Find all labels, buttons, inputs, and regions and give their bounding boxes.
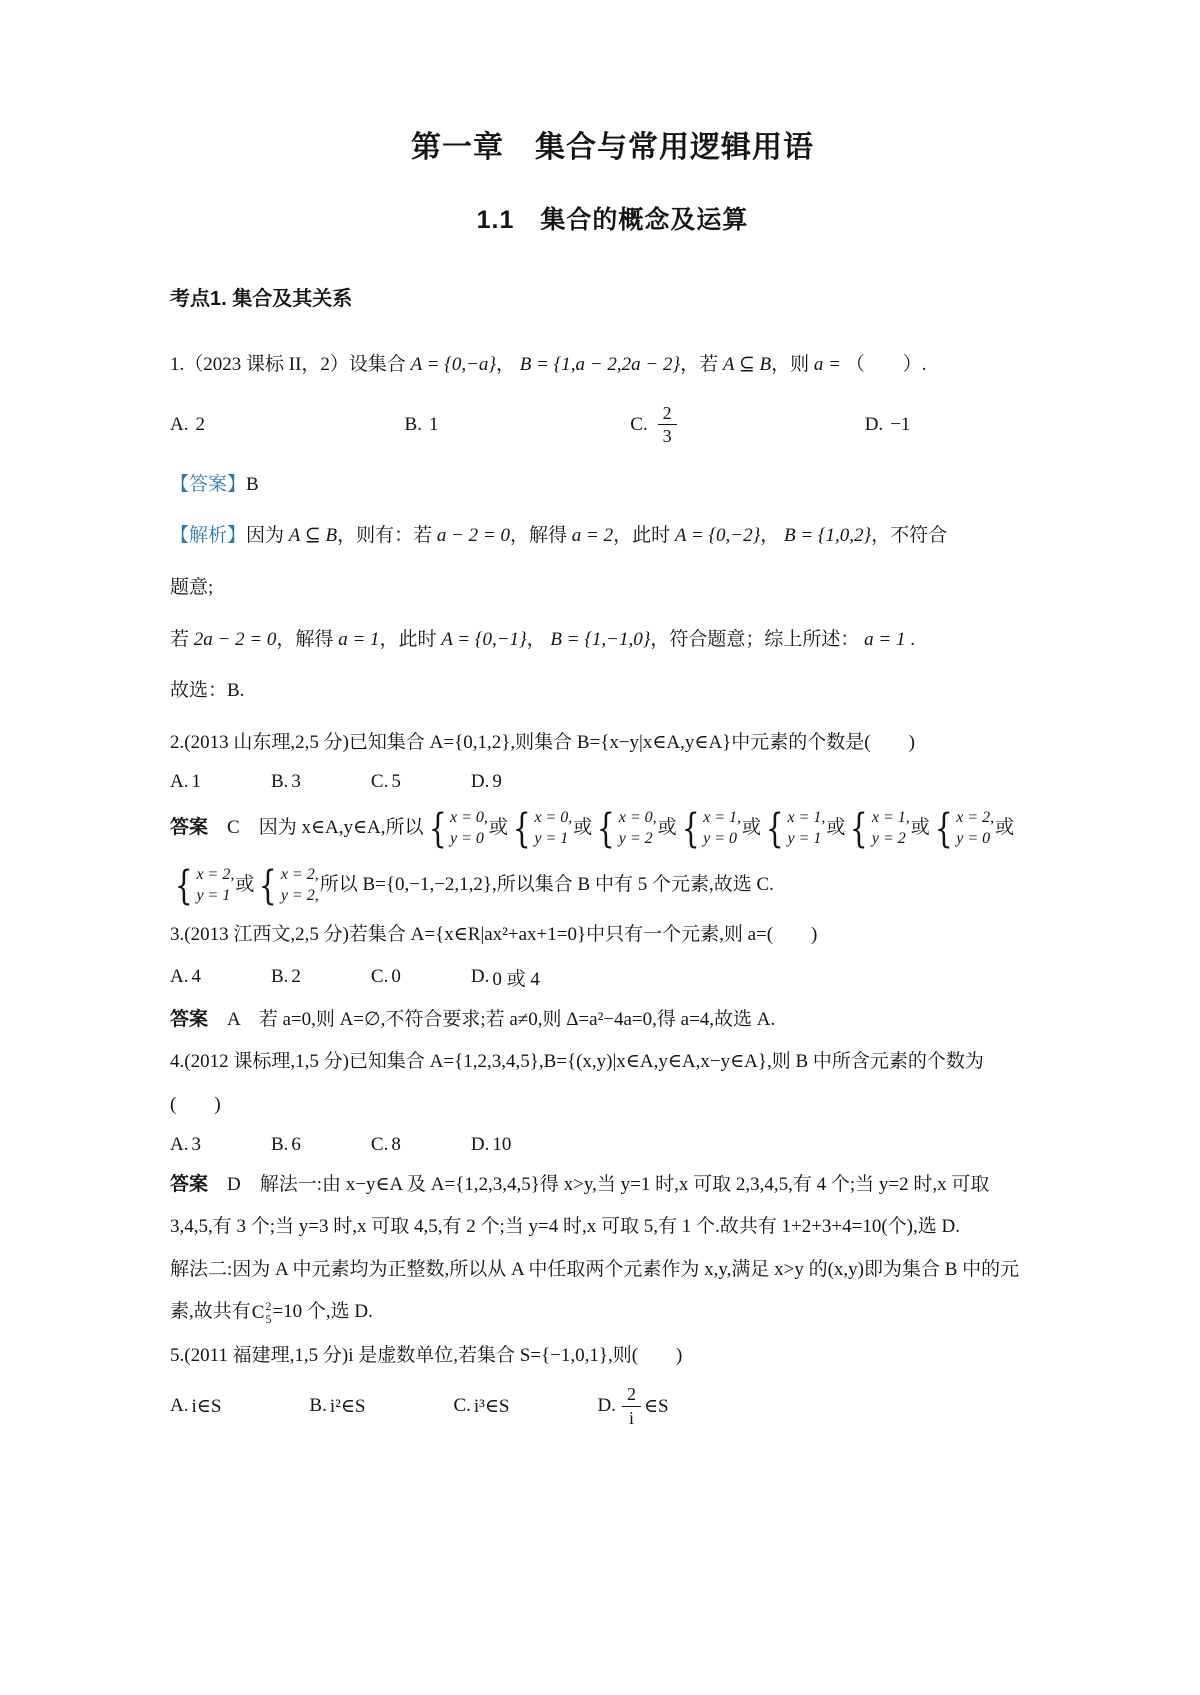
option-C: C.23 bbox=[630, 403, 865, 447]
system-rows: x = 2,y = 2, bbox=[281, 865, 319, 907]
text-run: ∈S bbox=[644, 1395, 669, 1418]
fraction: 23 bbox=[658, 403, 677, 447]
option-C: C.8 bbox=[371, 1134, 401, 1156]
math-run: A = {0,−1} bbox=[441, 629, 526, 650]
system-row: y = 1 bbox=[534, 829, 572, 850]
math-run: B = {1,0,2} bbox=[784, 525, 871, 546]
left-brace: { bbox=[428, 812, 446, 846]
combination-symbol: C25 bbox=[252, 1299, 272, 1327]
question-2-answer-line-1: 答案 C 因为 x∈A,y∈A,所以{x = 0,y = 0或{x = 0,y … bbox=[170, 808, 1055, 850]
option-label: B. bbox=[271, 1134, 288, 1156]
question-5-stem: 5.(2011 福建理,1,5 分)i 是虚数单位,若集合 S={−1,0,1}… bbox=[170, 1342, 1055, 1370]
option-label: A. bbox=[170, 771, 188, 793]
math-run: A ⊆ B bbox=[723, 354, 771, 375]
text-run: 故选：B. bbox=[170, 680, 244, 701]
chapter-title: 第一章 集合与常用逻辑用语 bbox=[170, 122, 1055, 166]
option-label: C. bbox=[371, 771, 388, 793]
answer-bracket-label: 【解析】 bbox=[170, 525, 246, 546]
option-A: A.4 bbox=[170, 966, 201, 988]
question-1-analysis-line-1: 【解析】因为 A ⊆ B，则有：若 a − 2 = 0，解得 a = 2，此时 … bbox=[170, 522, 1055, 550]
question-3-answer: 答案 A 若 a=0,则 A=∅,不符合要求;若 a≠0,则 Δ=a²−4a=0… bbox=[170, 1006, 1055, 1034]
system-row: x = 0, bbox=[450, 808, 488, 829]
system-row: y = 2 bbox=[872, 829, 910, 850]
left-brace: { bbox=[766, 812, 784, 846]
text-run: 2.(2013 山东理,2,5 分)已知集合 A={0,1,2},则集合 B={… bbox=[170, 732, 915, 753]
option-B: B.6 bbox=[271, 1134, 301, 1156]
text-run: 0 或 4 bbox=[492, 964, 540, 991]
text-run: 若 bbox=[170, 629, 194, 650]
text-run: 1.（2023 课标 II，2）设集合 bbox=[170, 354, 411, 375]
answer-keyword: 答案 bbox=[170, 1174, 208, 1195]
combination-scripts: 25 bbox=[265, 1300, 271, 1325]
option-B: B.1 bbox=[405, 414, 631, 436]
option-label: B. bbox=[271, 966, 288, 988]
equation-system: {x = 2,y = 0 bbox=[931, 808, 994, 850]
fraction-denominator: i bbox=[629, 1407, 634, 1429]
answer-bracket-label: 【答案】 bbox=[170, 474, 246, 495]
option-A: A.3 bbox=[170, 1134, 201, 1156]
option-D: D.0 或 4 bbox=[471, 964, 540, 991]
question-4-answer-line-4: 素,故共有C25=10 个,选 D. bbox=[170, 1298, 1055, 1326]
text-run: i²∈S bbox=[330, 1395, 366, 1418]
option-B: B.i²∈S bbox=[309, 1395, 365, 1418]
option-D: D.2i∈S bbox=[598, 1384, 669, 1428]
equation-system: {x = 0,y = 2 bbox=[593, 808, 656, 850]
equation-system: {x = 2,y = 1 bbox=[171, 865, 234, 907]
left-brace: { bbox=[597, 812, 615, 846]
question-1-analysis-line-3: 若 2a − 2 = 0，解得 a = 1，此时 A = {0,−1}， B =… bbox=[170, 626, 1055, 654]
option-A: A.2 bbox=[170, 414, 405, 436]
question-1-stem: 1.（2023 课标 II，2）设集合 A = {0,−a}， B = {1,a… bbox=[170, 351, 1055, 379]
option-D: D.10 bbox=[471, 1134, 511, 1156]
system-row: y = 1 bbox=[787, 829, 825, 850]
math-run: a − 2 = 0 bbox=[437, 525, 510, 546]
option-D: D.9 bbox=[471, 771, 502, 793]
question-4-answer-line-2: 3,4,5,有 3 个;当 y=3 时,x 可取 4,5,有 2 个;当 y=4… bbox=[170, 1213, 1055, 1241]
left-brace: { bbox=[175, 869, 193, 903]
system-row: x = 0, bbox=[619, 808, 657, 829]
math-run: B = {1,a − 2,2a − 2} bbox=[520, 354, 680, 375]
text-run: 或 bbox=[489, 817, 508, 838]
question-4-options: A.3B.6C.8D.10 bbox=[170, 1134, 1055, 1156]
option-C: C.0 bbox=[371, 966, 401, 988]
text-run: ，此时 bbox=[380, 629, 442, 650]
question-3-stem: 3.(2013 江西文,2,5 分)若集合 A={x∈R|ax²+ax+1=0}… bbox=[170, 921, 1055, 949]
text-run: 6 bbox=[291, 1134, 301, 1156]
equation-system: {x = 1,y = 0 bbox=[678, 808, 741, 850]
system-row: y = 0 bbox=[450, 829, 488, 850]
math-run: A = {0,−2} bbox=[675, 525, 760, 546]
text-run: 或 bbox=[826, 817, 845, 838]
option-label: D. bbox=[471, 966, 489, 988]
text-run: ( ) bbox=[170, 1094, 221, 1115]
worksheet-page: 第一章 集合与常用逻辑用语 1.1 集合的概念及运算 考点1. 集合及其关系 1… bbox=[0, 0, 1200, 1695]
option-label: C. bbox=[630, 414, 647, 436]
system-rows: x = 1,y = 2 bbox=[872, 808, 910, 850]
text-run: 10 bbox=[492, 1134, 511, 1156]
question-4-stem-continued: ( ) bbox=[170, 1091, 1055, 1119]
text-run: 3,4,5,有 3 个;当 y=3 时,x 可取 4,5,有 2 个;当 y=4… bbox=[170, 1216, 960, 1237]
question-3-options: A.4B.2C.0D.0 或 4 bbox=[170, 964, 1055, 991]
text-run: 3 bbox=[191, 1134, 201, 1156]
system-row: y = 0 bbox=[956, 829, 994, 850]
text-run: 因为 bbox=[246, 525, 289, 546]
math-run: 2a − 2 = 0 bbox=[194, 629, 277, 650]
text-run: 3 bbox=[291, 771, 301, 793]
question-4-answer-line-3: 解法二:因为 A 中元素均为正整数,所以从 A 中任取两个元素作为 x,y,满足… bbox=[170, 1256, 1055, 1284]
system-row: y = 1 bbox=[196, 886, 234, 907]
system-rows: x = 0,y = 2 bbox=[619, 808, 657, 850]
text-run: 1 bbox=[429, 414, 439, 436]
text-run: ，解得 bbox=[510, 525, 572, 546]
question-2-answer-line-2: {x = 2,y = 1或{x = 2,y = 2,所以 B={0,−1,−2,… bbox=[170, 865, 1055, 907]
math-run: B = {1,−1,0} bbox=[550, 629, 650, 650]
text-run: C 因为 x∈A,y∈A,所以 bbox=[208, 817, 424, 838]
combination-base: C bbox=[252, 1299, 265, 1327]
text-run: 2 bbox=[291, 966, 301, 988]
math-run: a = bbox=[814, 354, 841, 375]
text-run: 或 bbox=[235, 874, 254, 895]
equation-system: {x = 0,y = 1 bbox=[509, 808, 572, 850]
system-row: x = 1, bbox=[787, 808, 825, 829]
superscript: 2 bbox=[265, 1300, 271, 1313]
text-run: ，此时 bbox=[613, 525, 675, 546]
answer-keyword: 答案 bbox=[170, 1009, 208, 1030]
text-run: 2 bbox=[195, 414, 205, 436]
text-run: 5 bbox=[391, 771, 401, 793]
left-brace: { bbox=[513, 812, 531, 846]
option-B: B.2 bbox=[271, 966, 301, 988]
option-D: D.−1 bbox=[865, 414, 1055, 436]
text-run: 0 bbox=[391, 966, 401, 988]
text-run: B bbox=[246, 474, 259, 495]
system-row: y = 2 bbox=[619, 829, 657, 850]
text-run: 所以 B={0,−1,−2,1,2},所以集合 B 中有 5 个元素,故选 C. bbox=[320, 874, 774, 895]
option-label: B. bbox=[405, 414, 422, 436]
question-4-stem: 4.(2012 课标理,1,5 分)已知集合 A={1,2,3,4,5},B={… bbox=[170, 1048, 1055, 1076]
option-label: B. bbox=[309, 1395, 326, 1417]
text-run: ，则 bbox=[771, 354, 814, 375]
text-run: ， bbox=[760, 525, 784, 546]
question-1-options: A.2B.1C.23D.−1 bbox=[170, 403, 1055, 447]
text-run: ，则有：若 bbox=[337, 525, 437, 546]
text-run: 或 bbox=[658, 817, 677, 838]
text-run: 9 bbox=[492, 771, 502, 793]
equation-system: {x = 1,y = 1 bbox=[762, 808, 825, 850]
system-row: x = 2, bbox=[281, 865, 319, 886]
equation-system: {x = 1,y = 2 bbox=[846, 808, 909, 850]
text-run: ， bbox=[527, 629, 551, 650]
question-4-answer-line-1: 答案 D 解法一:由 x−y∈A 及 A={1,2,3,4,5}得 x>y,当 … bbox=[170, 1171, 1055, 1199]
option-A: A.i∈S bbox=[170, 1395, 221, 1418]
system-row: x = 0, bbox=[534, 808, 572, 829]
text-run: ， bbox=[496, 354, 520, 375]
text-run: ，若 bbox=[680, 354, 723, 375]
left-brace: { bbox=[681, 812, 699, 846]
option-label: A. bbox=[170, 1134, 188, 1156]
math-run: A ⊆ B bbox=[289, 525, 337, 546]
text-run: 或 bbox=[995, 817, 1014, 838]
system-rows: x = 0,y = 1 bbox=[534, 808, 572, 850]
math-run: a = 2 bbox=[572, 525, 613, 546]
fraction-numerator: 2 bbox=[622, 1384, 641, 1407]
system-rows: x = 2,y = 1 bbox=[196, 865, 234, 907]
text-run: 或 bbox=[742, 817, 761, 838]
equation-system: {x = 2,y = 2, bbox=[255, 865, 318, 907]
option-label: A. bbox=[170, 414, 188, 436]
text-run: D 解法一:由 x−y∈A 及 A={1,2,3,4,5}得 x>y,当 y=1… bbox=[208, 1174, 989, 1195]
system-row: x = 2, bbox=[196, 865, 234, 886]
system-row: x = 1, bbox=[703, 808, 741, 829]
answer-keyword: 答案 bbox=[170, 817, 208, 838]
question-2-stem: 2.(2013 山东理,2,5 分)已知集合 A={0,1,2},则集合 B={… bbox=[170, 729, 1055, 757]
fraction-numerator: 2 bbox=[658, 403, 677, 426]
option-label: C. bbox=[371, 966, 388, 988]
question-1-conclusion: 故选：B. bbox=[170, 677, 1055, 705]
system-rows: x = 1,y = 1 bbox=[787, 808, 825, 850]
option-A: A.1 bbox=[170, 771, 201, 793]
option-C: C.5 bbox=[371, 771, 401, 793]
option-label: D. bbox=[471, 771, 489, 793]
fraction-denominator: 3 bbox=[663, 425, 672, 447]
text-run: 4 bbox=[191, 966, 201, 988]
option-C: C.i³∈S bbox=[453, 1395, 509, 1418]
system-row: y = 2, bbox=[281, 886, 319, 907]
system-rows: x = 2,y = 0 bbox=[956, 808, 994, 850]
system-rows: x = 1,y = 0 bbox=[703, 808, 741, 850]
system-row: y = 0 bbox=[703, 829, 741, 850]
text-run: 或 bbox=[573, 817, 592, 838]
math-run: A = {0,−a} bbox=[411, 354, 496, 375]
option-label: C. bbox=[371, 1134, 388, 1156]
left-brace: { bbox=[850, 812, 868, 846]
text-run: −1 bbox=[890, 414, 910, 436]
text-run: . bbox=[905, 629, 915, 650]
text-run: ，符合题意；综上所述： bbox=[650, 629, 864, 650]
option-label: A. bbox=[170, 966, 188, 988]
text-run: （ ）. bbox=[841, 354, 927, 375]
equation-system: {x = 0,y = 0 bbox=[425, 808, 488, 850]
text-run: =10 个,选 D. bbox=[272, 1301, 372, 1322]
text-run: 题意; bbox=[170, 577, 213, 598]
subscript: 5 bbox=[265, 1313, 271, 1326]
text-run: 4.(2012 课标理,1,5 分)已知集合 A={1,2,3,4,5},B={… bbox=[170, 1051, 984, 1072]
document-content: 1.（2023 课标 II，2）设集合 A = {0,−a}， B = {1,a… bbox=[170, 351, 1055, 1429]
text-run: ，解得 bbox=[276, 629, 338, 650]
option-label: C. bbox=[453, 1395, 470, 1417]
math-run: a = 1 bbox=[864, 629, 905, 650]
text-run: i∈S bbox=[191, 1395, 221, 1418]
math-run: a = 1 bbox=[338, 629, 379, 650]
text-run: 解法二:因为 A 中元素均为正整数,所以从 A 中任取两个元素作为 x,y,满足… bbox=[170, 1259, 1019, 1280]
question-1-answer: 【答案】B bbox=[170, 471, 1055, 499]
option-B: B.3 bbox=[271, 771, 301, 793]
system-row: x = 2, bbox=[956, 808, 994, 829]
text-run: ，不符合 bbox=[871, 525, 947, 546]
option-label: D. bbox=[598, 1395, 616, 1417]
system-row: x = 1, bbox=[872, 808, 910, 829]
left-brace: { bbox=[259, 869, 277, 903]
fraction: 2i bbox=[622, 1384, 641, 1428]
text-run: 1 bbox=[191, 771, 201, 793]
question-2-options: A.1B.3C.5D.9 bbox=[170, 771, 1055, 793]
system-rows: x = 0,y = 0 bbox=[450, 808, 488, 850]
text-run: 或 bbox=[911, 817, 930, 838]
option-label: D. bbox=[865, 414, 883, 436]
text-run: 8 bbox=[391, 1134, 401, 1156]
section-title: 1.1 集合的概念及运算 bbox=[170, 200, 1055, 236]
text-run: 3.(2013 江西文,2,5 分)若集合 A={x∈R|ax²+ax+1=0}… bbox=[170, 924, 817, 945]
question-1-analysis-line-2: 题意; bbox=[170, 574, 1055, 602]
question-5-options: A.i∈SB.i²∈SC.i³∈SD.2i∈S bbox=[170, 1384, 1055, 1428]
option-label: B. bbox=[271, 771, 288, 793]
text-run: i³∈S bbox=[474, 1395, 510, 1418]
option-label: D. bbox=[471, 1134, 489, 1156]
text-run: 5.(2011 福建理,1,5 分)i 是虚数单位,若集合 S={−1,0,1}… bbox=[170, 1345, 682, 1366]
left-brace: { bbox=[935, 812, 953, 846]
text-run: 素,故共有 bbox=[170, 1301, 251, 1322]
option-label: A. bbox=[170, 1395, 188, 1417]
topic-heading: 考点1. 集合及其关系 bbox=[170, 282, 1055, 311]
text-run: A 若 a=0,则 A=∅,不符合要求;若 a≠0,则 Δ=a²−4a=0,得 … bbox=[208, 1009, 775, 1030]
